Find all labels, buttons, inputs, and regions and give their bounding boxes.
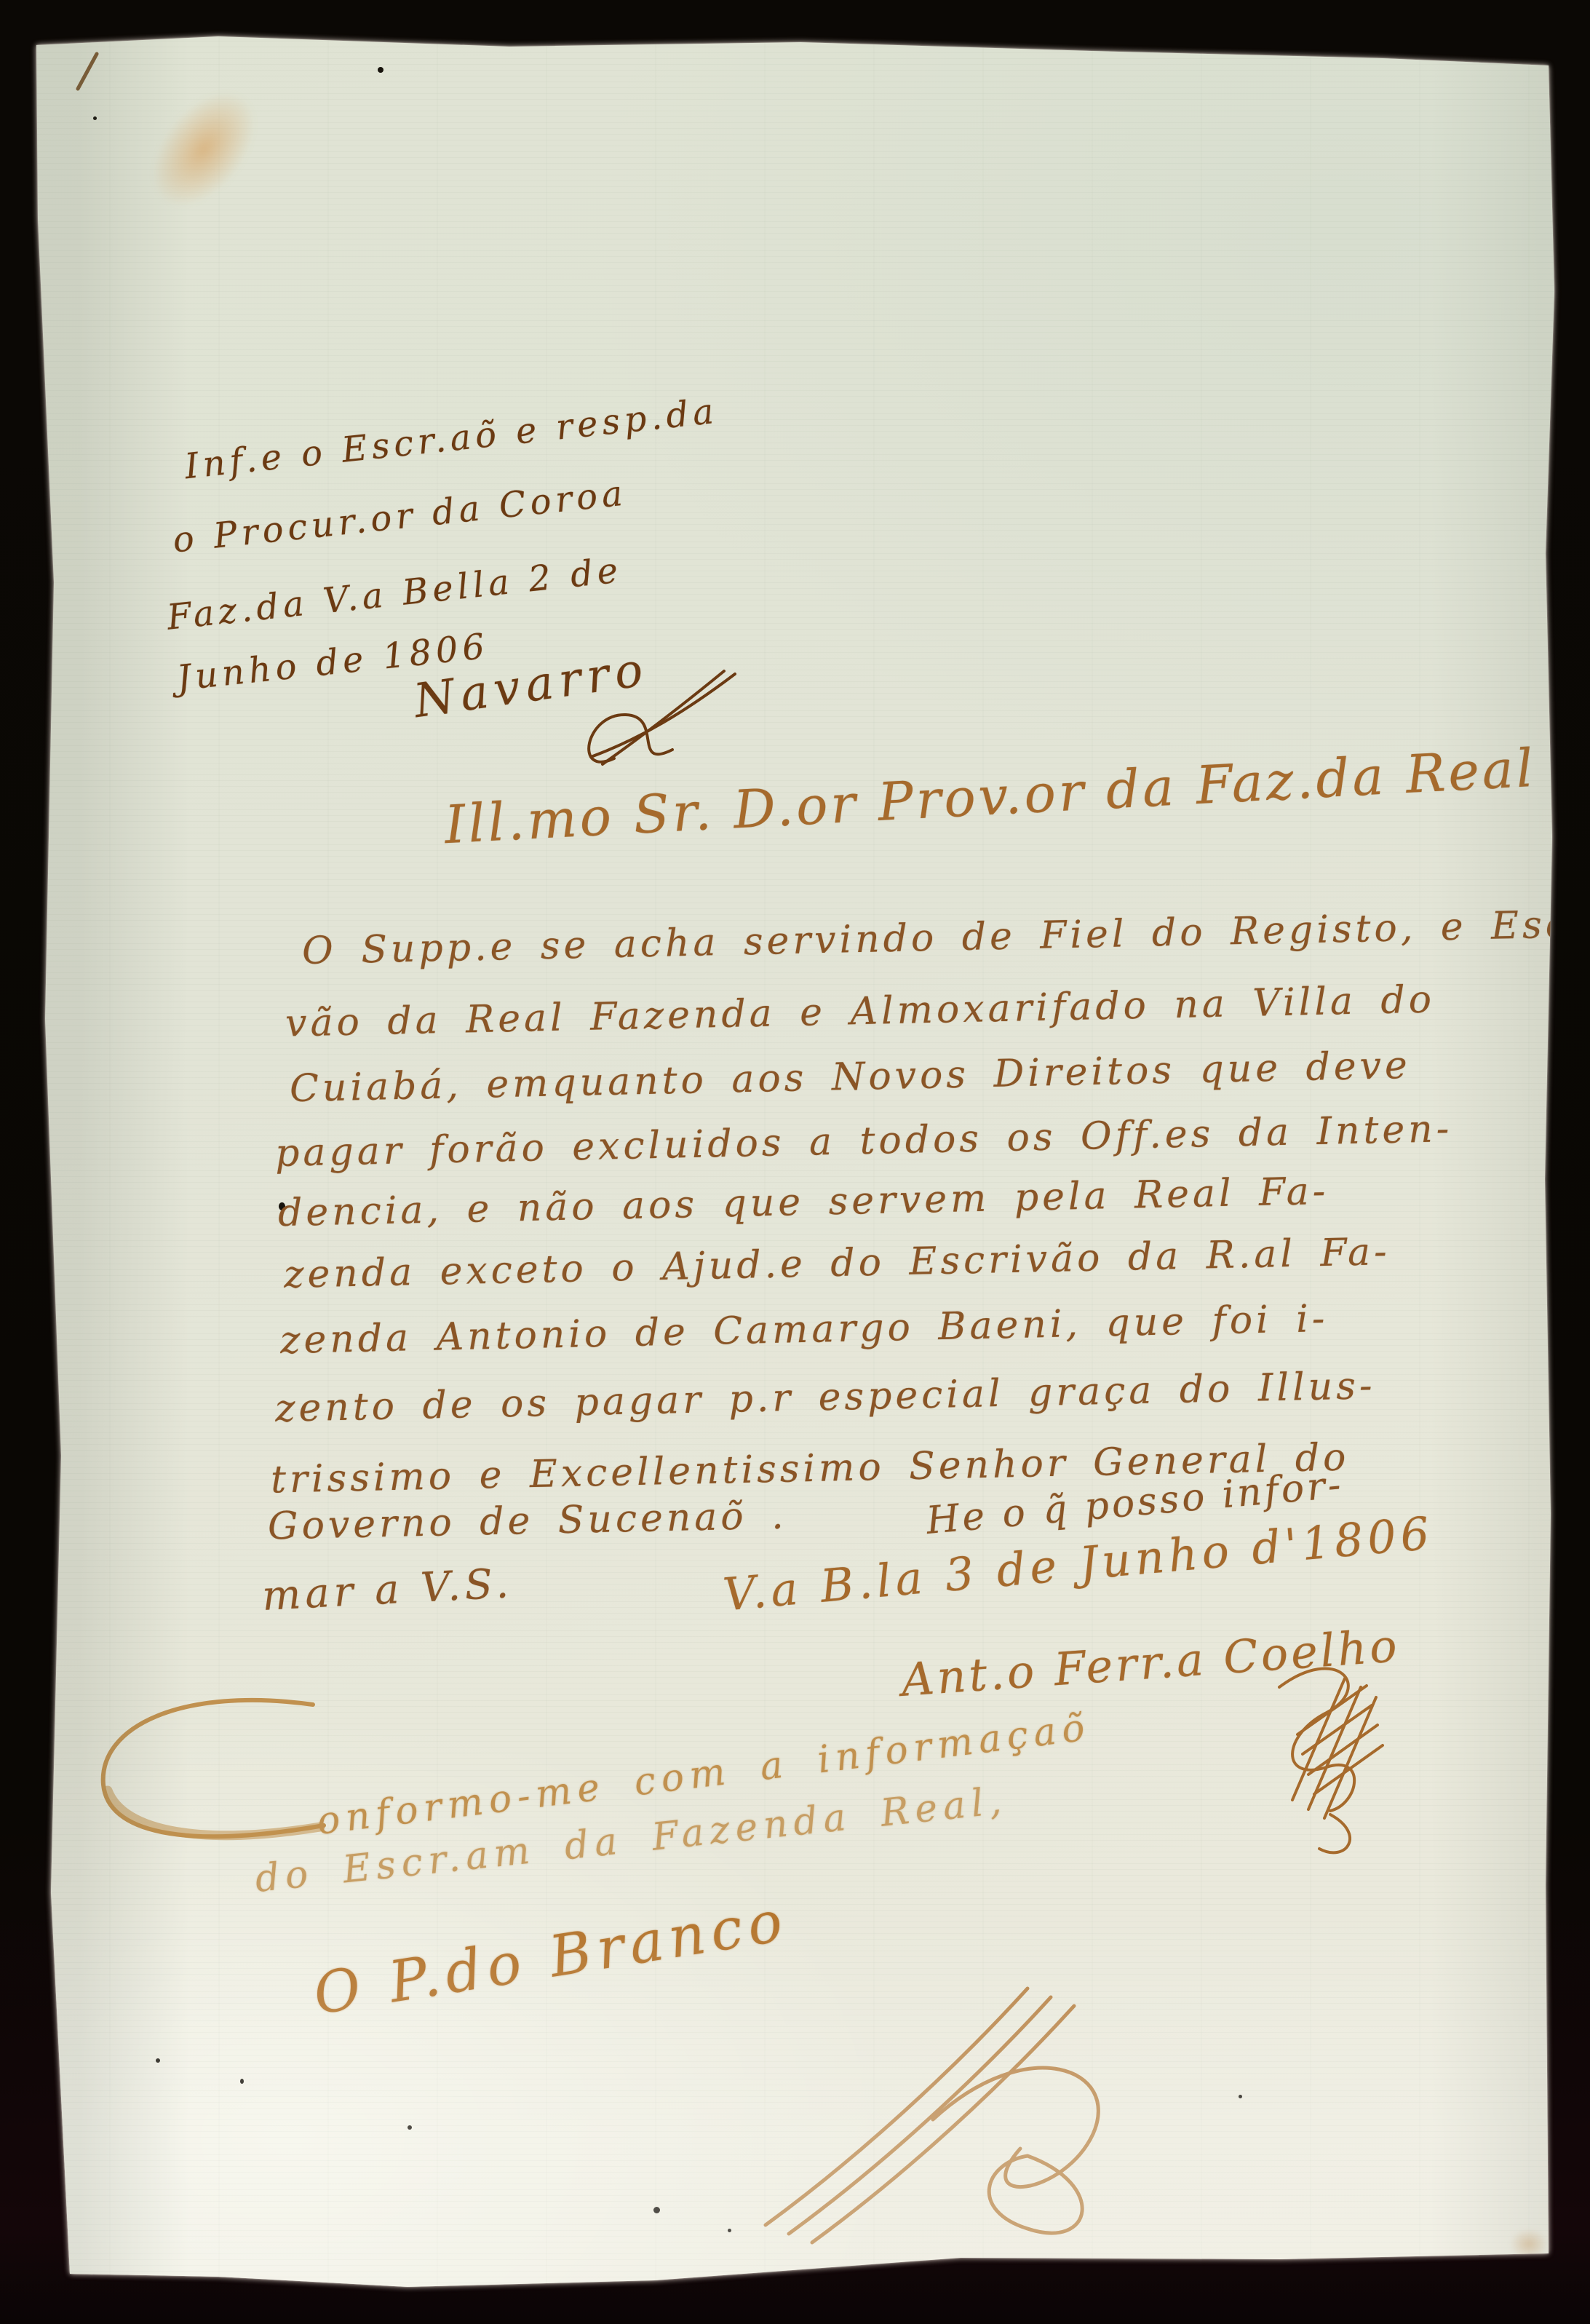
closing-left-line: mar a V.S. [261, 1560, 514, 1620]
speck [653, 2207, 660, 2213]
branco-signature: O P.do Branco [309, 1888, 792, 2028]
manuscript-paper: Inf.e o Escr.aõ e resp.da o Procur.or da… [0, 0, 1590, 2324]
body-line: zenda exceto o Ajud.e do Escrivão da R.a… [284, 1230, 1391, 1297]
speck [408, 2125, 412, 2130]
marginalia-line: Inf.e o Escr.aõ e resp.da [183, 391, 720, 488]
marginalia-line: o Procur.or da Coroa [171, 472, 629, 560]
pen-mark [69, 49, 106, 93]
ink-smudge-stain [132, 73, 276, 226]
body-line: zenda Antonio de Camargo Baeni, que foi … [280, 1297, 1329, 1363]
corner-stain [1510, 2229, 1548, 2259]
speck [728, 2229, 731, 2232]
speck [93, 116, 97, 120]
body-line: dencia, e não aos que servem pela Real F… [278, 1170, 1329, 1235]
speck [378, 67, 383, 73]
salutation-line: Ill.mo Sr. D.or Prov.or da Faz.da Real [443, 737, 1538, 855]
photo-backdrop: Inf.e o Escr.aõ e resp.da o Procur.or da… [0, 0, 1590, 2324]
coelho-signature: Ant.o Ferr.a Coelho [899, 1619, 1401, 1707]
body-line: Cuiabá, emquanto aos Novos Direitos que … [290, 1044, 1412, 1111]
marginalia-line: Faz.da V.a Bella 2 de [165, 550, 624, 638]
body-line: zento de os pagar p.r especial graça do … [275, 1364, 1377, 1431]
body-line: Governo de Sucenaõ . [267, 1494, 787, 1549]
speck [156, 2058, 160, 2063]
paper-wrap: Inf.e o Escr.aõ e resp.da o Procur.or da… [0, 0, 1590, 2324]
speck [240, 2079, 244, 2084]
body-line: O Supp.e se acha servindo de Fiel do Reg… [302, 902, 1590, 973]
body-line: pagar forão excluidos a todos os Off.es … [275, 1107, 1453, 1175]
speck [1239, 2095, 1242, 2098]
body-line: vão da Real Fazenda e Almoxarifado na Vi… [285, 977, 1436, 1045]
branco-paraph-flourish [715, 1967, 1137, 2258]
